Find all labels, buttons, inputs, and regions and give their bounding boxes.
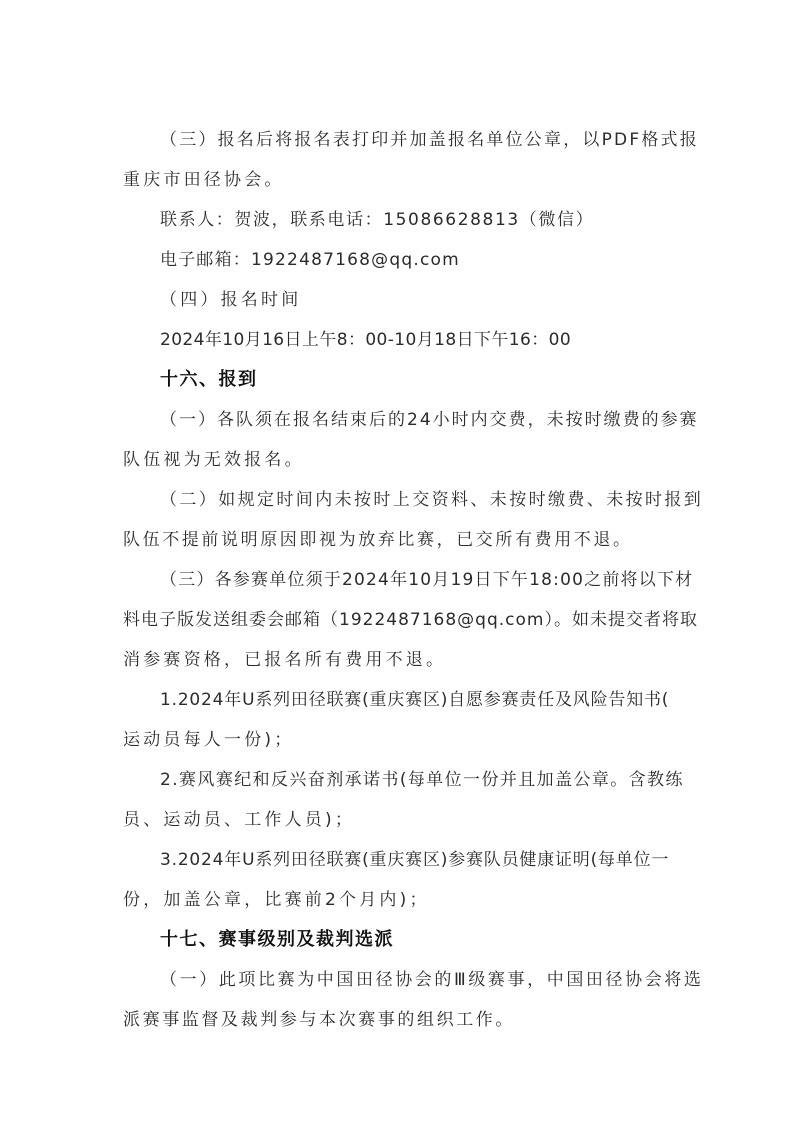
section-16-heading: 十六、报到 xyxy=(160,369,683,391)
section-16-item3-line3: 消参赛资格，已报名所有费用不退。 xyxy=(123,649,683,671)
section-16-item2-line2: 队伍不提前说明原因即视为放弃比赛，已交所有费用不退。 xyxy=(123,529,683,551)
material-item-2-line2: 员、运动员、工作人员)； xyxy=(123,809,683,831)
material-item-1-line2: 运动员每人一份)； xyxy=(123,729,683,751)
contact-email-line: 电子邮箱：1922487168@qq.com xyxy=(160,249,683,271)
section-17-item1-line2: 派赛事监督及裁判参与本次赛事的组织工作。 xyxy=(123,1009,683,1031)
material-item-3-line2: 份，加盖公章，比赛前2个月内)； xyxy=(123,889,683,911)
section-17-heading: 十七、赛事级别及裁判选派 xyxy=(160,929,683,951)
section-16-item1-line2: 队伍视为无效报名。 xyxy=(123,449,683,471)
paragraph-registration-submit-line2: 重庆市田径协会。 xyxy=(123,169,683,191)
material-item-3-line1: 3.2024年U系列田径联赛(重庆赛区)参赛队员健康证明(每单位一 xyxy=(160,849,683,871)
material-item-1-line1: 1.2024年U系列田径联赛(重庆赛区)自愿参赛责任及风险告知书( xyxy=(160,689,683,711)
section-16-item2-line1: （二）如规定时间内未按时上交资料、未按时缴费、未按时报到 xyxy=(160,489,683,511)
registration-time-title: （四）报名时间 xyxy=(160,289,683,311)
section-16-item1-line1: （一）各队须在报名结束后的24小时内交费，未按时缴费的参赛 xyxy=(160,409,683,431)
section-17-item1-line1: （一）此项比赛为中国田径协会的Ⅲ级赛事，中国田径协会将选 xyxy=(160,969,683,991)
registration-time-value: 2024年10月16日上午8：00-10月18日下午16：00 xyxy=(160,329,683,351)
material-item-2-line1: 2.赛风赛纪和反兴奋剂承诺书(每单位一份并且加盖公章。含教练 xyxy=(160,769,683,791)
document-page: （三）报名后将报名表打印并加盖报名单位公章，以PDF格式报 重庆市田径协会。 联… xyxy=(0,0,800,1131)
paragraph-registration-submit-line1: （三）报名后将报名表打印并加盖报名单位公章，以PDF格式报 xyxy=(160,129,683,151)
section-16-item3-line2: 料电子版发送组委会邮箱（1922487168@qq.com）。如未提交者将取 xyxy=(123,609,683,631)
contact-person-line: 联系人：贺波，联系电话：15086628813（微信） xyxy=(160,209,683,231)
section-16-item3-line1: （三）各参赛单位须于2024年10月19日下午18:00之前将以下材 xyxy=(160,569,683,591)
